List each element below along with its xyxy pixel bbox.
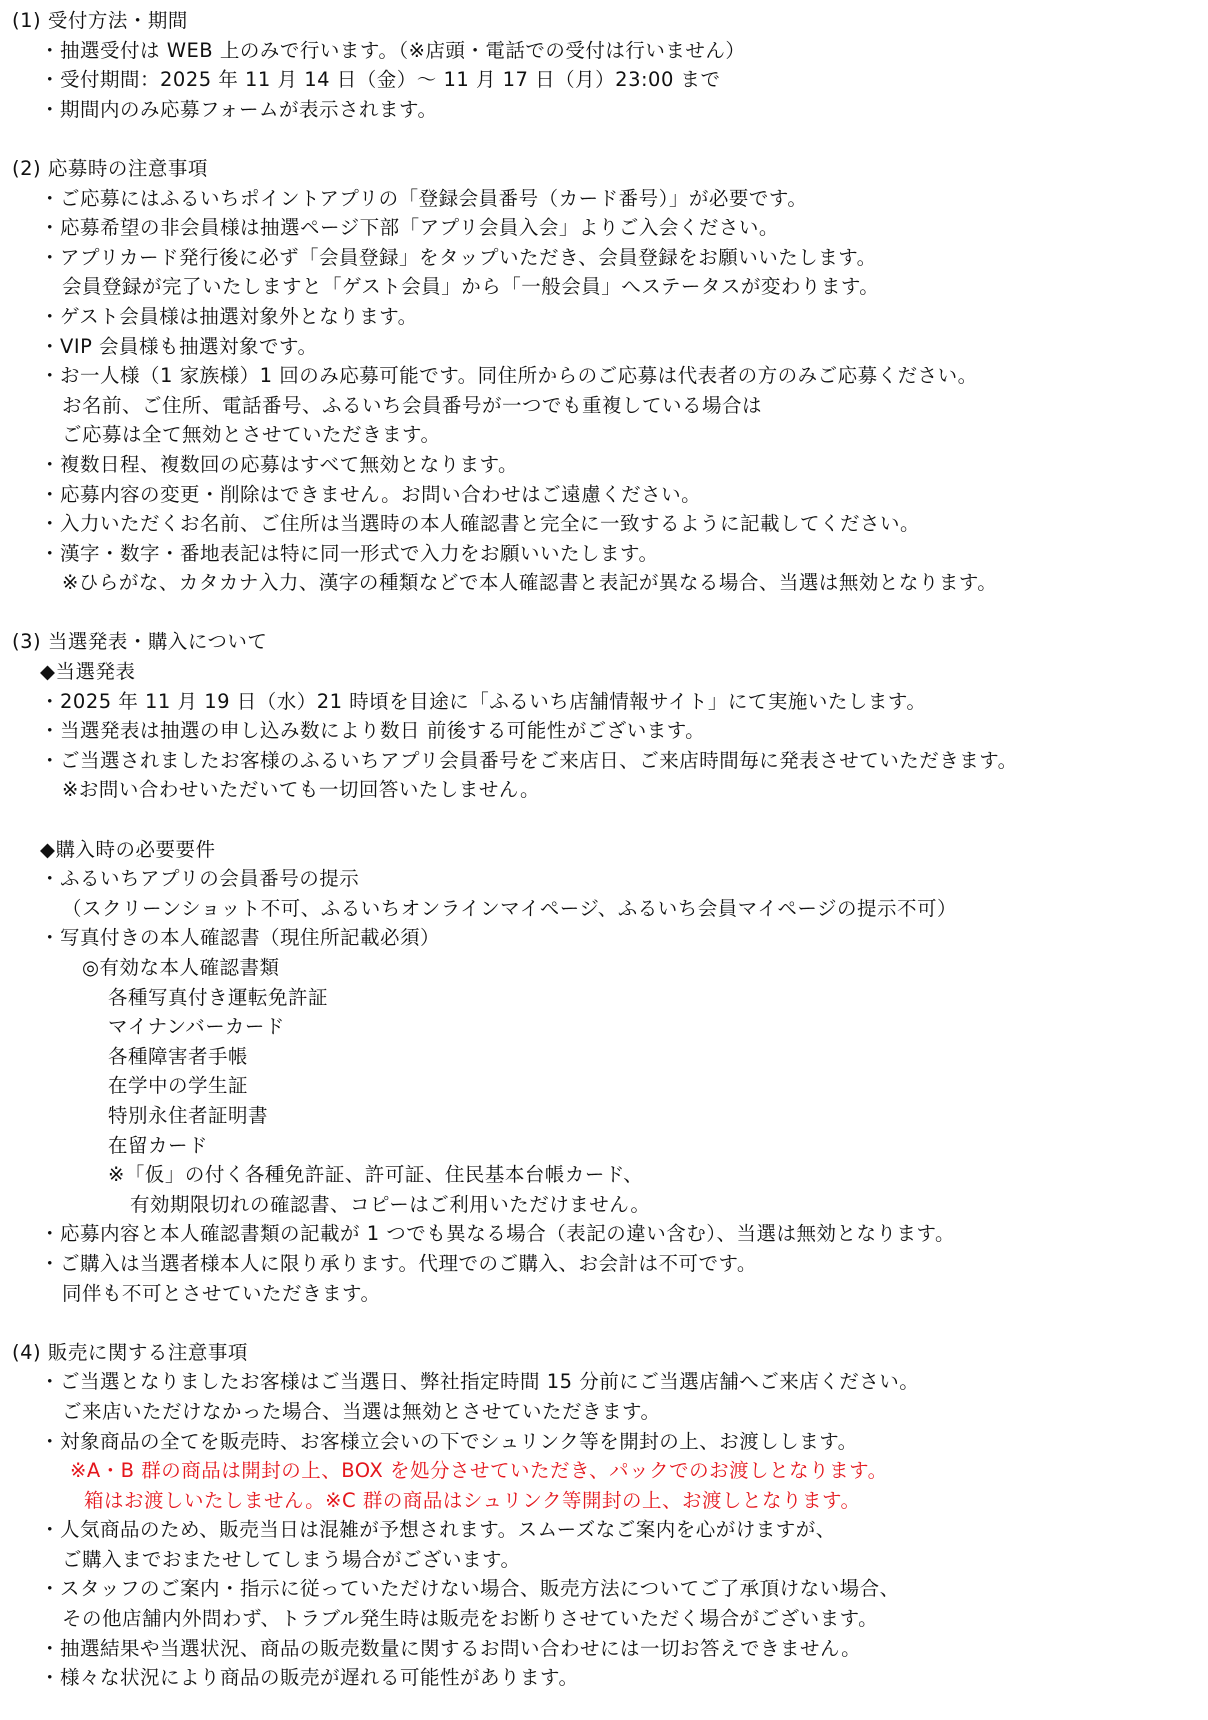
notice-line: ・抽選受付は WEB 上のみで行います。（※店頭・電話での受付は行いません） (12, 36, 1208, 66)
notice-line: ・応募内容と本人確認書類の記載が 1 つでも異なる場合（表記の違い含む）、当選は… (12, 1219, 1208, 1249)
section-4: (4) 販売に関する注意事項・ご当選となりましたお客様はご当選日、弊社指定時間 … (12, 1338, 1208, 1693)
notice-line: 在留カード (12, 1131, 1208, 1161)
notice-line: ・スタッフのご案内・指示に従っていただけない場合、販売方法についてご了承頂けない… (12, 1574, 1208, 1604)
notice-line: ・様々な状況により商品の販売が遅れる可能性があります。 (12, 1663, 1208, 1693)
notice-line: ・抽選結果や当選状況、商品の販売数量に関するお問い合わせには一切お答えできません… (12, 1634, 1208, 1664)
notice-line: ・ご当選となりましたお客様はご当選日、弊社指定時間 15 分前にご当選店舗へご来… (12, 1367, 1208, 1397)
section-3: (3) 当選発表・購入について◆当選発表・2025 年 11 月 19 日（水）… (12, 627, 1208, 1308)
notice-line: 各種写真付き運転免許証 (12, 983, 1208, 1013)
notice-line: ・応募内容の変更・削除はできません。お問い合わせはご遠慮ください。 (12, 480, 1208, 510)
notice-line: ・お一人様（1 家族様）1 回のみ応募可能です。同住所からのご応募は代表者の方の… (12, 361, 1208, 391)
lottery-notice-document: (1) 受付方法・期間・抽選受付は WEB 上のみで行います。（※店頭・電話での… (0, 0, 1208, 1693)
notice-line: マイナンバーカード (12, 1012, 1208, 1042)
notice-line: その他店舗内外問わず、トラブル発生時は販売をお断りさせていただく場合がございます… (12, 1604, 1208, 1634)
notice-line: ・人気商品のため、販売当日は混雑が予想されます。スムーズなご案内を心がけますが、 (12, 1515, 1208, 1545)
notice-line: ◎有効な本人確認書類 (12, 953, 1208, 983)
spacer (12, 805, 1208, 835)
notice-line: 在学中の学生証 (12, 1071, 1208, 1101)
section-2: (2) 応募時の注意事項・ご応募にはふるいちポイントアプリの「登録会員番号（カー… (12, 154, 1208, 598)
notice-line: ※ひらがな、カタカナ入力、漢字の種類などで本人確認書と表記が異なる場合、当選は無… (12, 568, 1208, 598)
notice-line: 会員登録が完了いたしますと「ゲスト会員」から「一般会員」へステータスが変わります… (12, 272, 1208, 302)
section-spacer (12, 1308, 1208, 1338)
section-heading: (3) 当選発表・購入について (12, 627, 1208, 657)
section-1: (1) 受付方法・期間・抽選受付は WEB 上のみで行います。（※店頭・電話での… (12, 6, 1208, 124)
notice-line: ・アプリカード発行後に必ず「会員登録」をタップいただき、会員登録をお願いいたしま… (12, 243, 1208, 273)
notice-line: 各種障害者手帳 (12, 1042, 1208, 1072)
notice-line: ◆当選発表 (12, 657, 1208, 687)
notice-line: お名前、ご住所、電話番号、ふるいち会員番号が一つでも重複している場合は (12, 391, 1208, 421)
important-notice-line: 箱はお渡しいたしません。※C 群の商品はシュリンク等開封の上、お渡しとなります。 (12, 1486, 1208, 1516)
notice-line: ・入力いただくお名前、ご住所は当選時の本人確認書と完全に一致するように記載してく… (12, 509, 1208, 539)
notice-line: ・当選発表は抽選の申し込み数により数日 前後する可能性がございます。 (12, 716, 1208, 746)
notice-line: 有効期限切れの確認書、コピーはご利用いただけません。 (12, 1190, 1208, 1220)
notice-line: ・ゲスト会員様は抽選対象外となります。 (12, 302, 1208, 332)
notice-line: ・期間内のみ応募フォームが表示されます。 (12, 95, 1208, 125)
notice-line: ・漢字・数字・番地表記は特に同一形式で入力をお願いいたします。 (12, 539, 1208, 569)
important-notice-line: ※A・B 群の商品は開封の上、BOX を処分させていただき、パックでのお渡しとな… (12, 1456, 1208, 1486)
notice-line: ・ふるいちアプリの会員番号の提示 (12, 864, 1208, 894)
section-heading: (1) 受付方法・期間 (12, 6, 1208, 36)
notice-line: ・対象商品の全てを販売時、お客様立会いの下でシュリンク等を開封の上、お渡しします… (12, 1427, 1208, 1457)
notice-line: 同伴も不可とさせていただきます。 (12, 1279, 1208, 1309)
notice-line: ※「仮」の付く各種免許証、許可証、住民基本台帳カード、 (12, 1160, 1208, 1190)
notice-line: ・ご購入は当選者様本人に限り承ります。代理でのご購入、お会計は不可です。 (12, 1249, 1208, 1279)
notice-line: ・受付期間：2025 年 11 月 14 日（金）～ 11 月 17 日（月）2… (12, 65, 1208, 95)
notice-line: ・ご応募にはふるいちポイントアプリの「登録会員番号（カード番号）」が必要です。 (12, 184, 1208, 214)
notice-line: ご応募は全て無効とさせていただきます。 (12, 420, 1208, 450)
notice-line: ご購入までおまたせしてしまう場合がございます。 (12, 1545, 1208, 1575)
section-heading: (2) 応募時の注意事項 (12, 154, 1208, 184)
notice-line: ◆購入時の必要要件 (12, 835, 1208, 865)
notice-line: ※お問い合わせいただいても一切回答いたしません。 (12, 775, 1208, 805)
notice-line: ・VIP 会員様も抽選対象です。 (12, 332, 1208, 362)
section-spacer (12, 598, 1208, 628)
section-heading: (4) 販売に関する注意事項 (12, 1338, 1208, 1368)
notice-line: 特別永住者証明書 (12, 1101, 1208, 1131)
notice-line: ・応募希望の非会員様は抽選ページ下部「アプリ会員入会」よりご入会ください。 (12, 213, 1208, 243)
notice-line: ご来店いただけなかった場合、当選は無効とさせていただきます。 (12, 1397, 1208, 1427)
notice-line: ・ご当選されましたお客様のふるいちアプリ会員番号をご来店日、ご来店時間毎に発表さ… (12, 746, 1208, 776)
notice-line: ・2025 年 11 月 19 日（水）21 時頃を目途に「ふるいち店舗情報サイ… (12, 687, 1208, 717)
notice-line: ・複数日程、複数回の応募はすべて無効となります。 (12, 450, 1208, 480)
notice-line: （スクリーンショット不可、ふるいちオンラインマイページ、ふるいち会員マイページの… (12, 894, 1208, 924)
section-spacer (12, 124, 1208, 154)
notice-line: ・写真付きの本人確認書（現住所記載必須） (12, 923, 1208, 953)
